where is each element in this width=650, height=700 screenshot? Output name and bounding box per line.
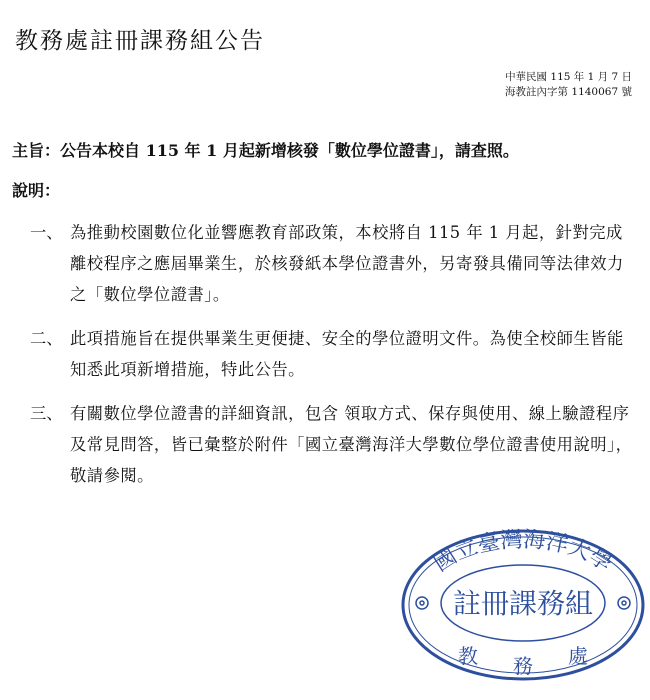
explanation-heading: 說明： — [12, 178, 60, 201]
official-seal-stamp: 國立臺灣海洋大學 註冊課務組 教 務 處 — [398, 525, 648, 685]
document-number: 海教註內字第 1140067 號 — [505, 85, 632, 100]
svg-text:處: 處 — [568, 644, 588, 668]
issue-date: 中華民國 115 年 1 月 7 日 — [505, 70, 632, 85]
item-text: 此項措施旨在提供畢業生更便捷、安全的學位證明文件。為使全校師生皆能知悉此項新增措… — [70, 323, 635, 385]
explanation-item: 二、 此項措施旨在提供畢業生更便捷、安全的學位證明文件。為使全校師生皆能知悉此項… — [30, 323, 635, 385]
explanation-item: 三、 有關數位學位證書的詳細資訊，包含 領取方式、保存與使用、線上驗證程序及常見… — [30, 398, 635, 491]
svg-text:教: 教 — [458, 644, 478, 668]
plum-blossom-icon — [618, 597, 630, 609]
plum-blossom-icon — [416, 597, 428, 609]
page-title: 教務處註冊課務組公告 — [15, 22, 265, 55]
item-number: 一、 — [30, 217, 70, 310]
svg-text:務: 務 — [513, 654, 533, 678]
seal-center-text: 註冊課務組 — [453, 587, 593, 620]
item-number: 二、 — [30, 323, 70, 385]
subject-line: 主旨：公告本校自 115 年 1 月起新增核發「數位學位證書」，請查照。 — [12, 138, 519, 161]
explanation-item: 一、 為推動校園數位化並響應教育部政策，本校將自 115 年 1 月起，針對完成… — [30, 217, 635, 310]
item-number: 三、 — [30, 398, 70, 491]
item-text: 為推動校園數位化並響應教育部政策，本校將自 115 年 1 月起，針對完成離校程… — [70, 217, 635, 310]
item-text: 有關數位學位證書的詳細資訊，包含 領取方式、保存與使用、線上驗證程序及常見問答，… — [70, 398, 635, 491]
explanation-list: 一、 為推動校園數位化並響應教育部政策，本校將自 115 年 1 月起，針對完成… — [30, 217, 635, 504]
seal-outer-text: 國立臺灣海洋大學 — [430, 528, 617, 577]
document-meta: 中華民國 115 年 1 月 7 日 海教註內字第 1140067 號 — [505, 70, 632, 100]
